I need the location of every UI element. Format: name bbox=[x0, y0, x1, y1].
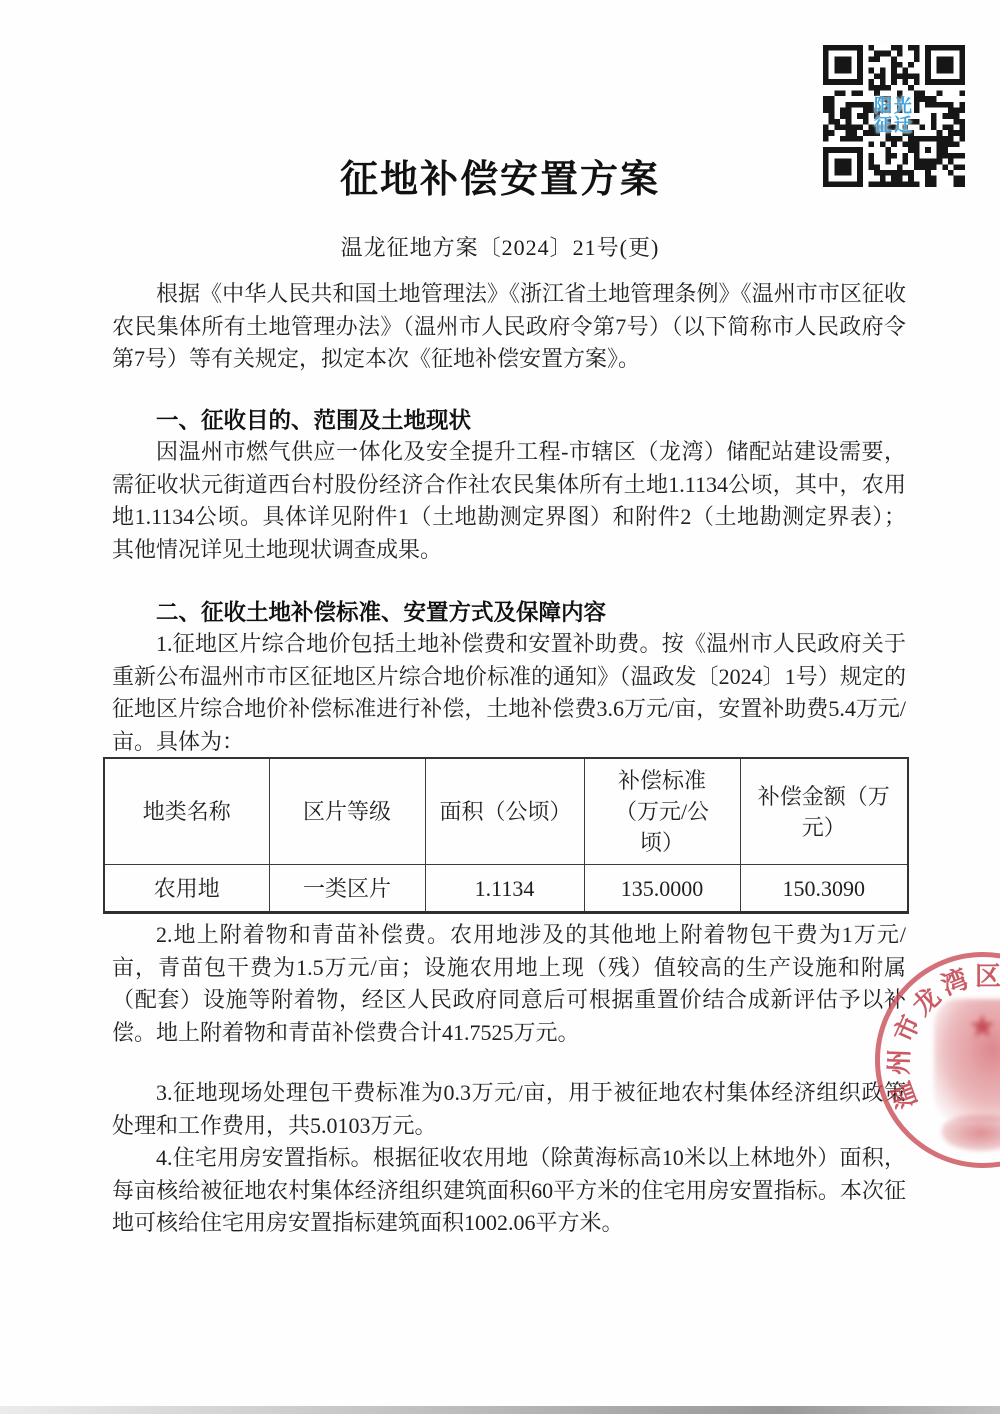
seal-ring-char: 州 bbox=[885, 1046, 916, 1077]
table-row: 农用地 一类区片 1.1134 135.0000 150.3090 bbox=[104, 865, 908, 913]
star-icon: ★ bbox=[968, 1007, 997, 1045]
national-emblem: ★ bbox=[934, 999, 1000, 1121]
table-header-row: 地类名称 区片等级 面积（公顷） 补偿标准（万元/公顷） 补偿金额（万元） bbox=[104, 758, 908, 865]
table-cell-area: 1.1134 bbox=[425, 865, 584, 913]
compensation-item-4: 4.住宅用房安置指标。根据征收农用地（除黄海标高10米以上林地外）面积，每亩核给… bbox=[112, 1142, 906, 1240]
table-cell-standard: 135.0000 bbox=[584, 865, 740, 913]
table-cell-amount: 150.3090 bbox=[740, 865, 908, 913]
table-header-standard: 补偿标准（万元/公顷） bbox=[584, 758, 740, 865]
compensation-item-1: 1.征地区片综合地价包括土地补偿费和安置补助费。按《温州市人民政府关于重新公布温… bbox=[112, 628, 906, 758]
table-header-area: 面积（公顷） bbox=[425, 758, 584, 865]
table-cell-zone-grade: 一类区片 bbox=[269, 865, 425, 913]
compensation-item-2: 2.地上附着物和青苗补偿费。农用地涉及的其他地上附着物包干费为1万元/亩，青苗包… bbox=[112, 919, 906, 1049]
table-header-land-type: 地类名称 bbox=[104, 758, 269, 865]
section1-body: 因温州市燃气供应一体化及安全提升工程-市辖区（龙湾）储配站建设需要，需征收状元街… bbox=[112, 436, 906, 566]
seal-ring-char: 温 bbox=[886, 1076, 924, 1114]
table-header-zone-grade: 区片等级 bbox=[269, 758, 425, 865]
section1-heading: 一、征收目的、范围及土地现状 bbox=[112, 403, 906, 435]
compensation-item-3: 3.征地现场处理包干费标准为0.3万元/亩，用于被征地农村集体经济组织政策处理和… bbox=[112, 1077, 906, 1142]
national-emblem-base bbox=[942, 1115, 1000, 1151]
qr-label-line2: 征迁 bbox=[859, 116, 929, 135]
table-header-amount: 补偿金额（万元） bbox=[740, 758, 908, 865]
document-page: 阳光 征迁 征地补偿安置方案 温龙征地方案〔2024〕21号(更) 根据《中华人… bbox=[0, 0, 1000, 1414]
page-title: 征地补偿安置方案 bbox=[0, 148, 1000, 203]
intro-paragraph: 根据《中华人民共和国土地管理法》《浙江省土地管理条例》《温州市市区征收农民集体所… bbox=[112, 278, 906, 376]
compensation-table: 地类名称 区片等级 面积（公顷） 补偿标准（万元/公顷） 补偿金额（万元） 农用… bbox=[103, 757, 909, 914]
table-cell-land-type: 农用地 bbox=[104, 865, 269, 913]
section2-heading: 二、征收土地补偿标准、安置方式及保障内容 bbox=[112, 595, 906, 627]
qr-center-label: 阳光 征迁 bbox=[859, 97, 929, 135]
seal-ring-char: 区 bbox=[973, 962, 1000, 992]
doc-number: 温龙征地方案〔2024〕21号(更) bbox=[0, 231, 1000, 262]
page-bottom-scan-edge bbox=[0, 1406, 1000, 1414]
qr-label-line1: 阳光 bbox=[859, 97, 929, 116]
